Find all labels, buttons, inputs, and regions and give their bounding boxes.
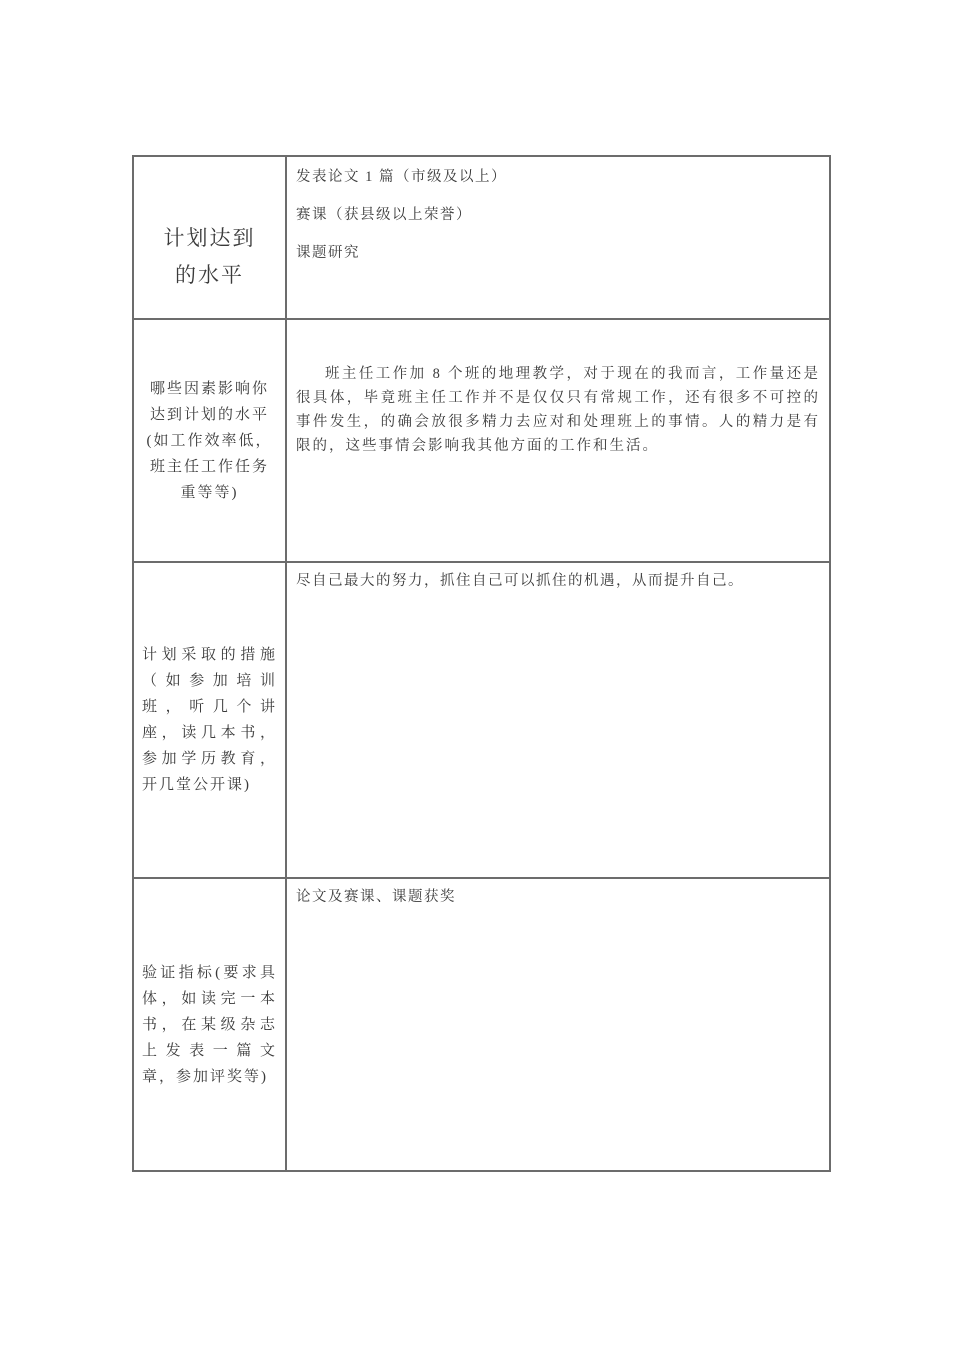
planned-level-line-1: 发表论文 1 篇（市级及以上）	[296, 165, 820, 189]
table-row-verification-indicators: 验证指标(要求具体，如读完一本书，在某级杂志上发表一篇文章，参加评奖等) 论文及…	[133, 878, 830, 1171]
table-row-planned-measures: 计划采取的措施（如参加培训班，听几个讲座，读几本书，参加学历教育，开几堂公开课)…	[133, 562, 830, 878]
cell-verification-indicators-content: 论文及赛课、课题获奖	[286, 878, 830, 1171]
table-row-influencing-factors: 哪些因素影响你达到计划的水平(如工作效率低，班主任工作任务重等等) 班主任工作加…	[133, 319, 830, 562]
cell-planned-measures-content: 尽自己最大的努力，抓住自己可以抓住的机遇，从而提升自己。	[286, 562, 830, 878]
planned-measures-paragraph: 尽自己最大的努力，抓住自己可以抓住的机遇，从而提升自己。	[296, 569, 820, 593]
label-verification-indicators: 验证指标(要求具体，如读完一本书，在某级杂志上发表一篇文章，参加评奖等)	[133, 878, 286, 1171]
planned-level-line-2: 赛课（获县级以上荣誉）	[296, 203, 820, 227]
label-planned-measures: 计划采取的措施（如参加培训班，听几个讲座，读几本书，参加学历教育，开几堂公开课)	[133, 562, 286, 878]
table-row-planned-level: 计划达到 的水平 发表论文 1 篇（市级及以上） 赛课（获县级以上荣誉） 课题研…	[133, 156, 830, 319]
document-page: 计划达到 的水平 发表论文 1 篇（市级及以上） 赛课（获县级以上荣誉） 课题研…	[0, 0, 960, 1357]
label-influencing-factors: 哪些因素影响你达到计划的水平(如工作效率低，班主任工作任务重等等)	[133, 319, 286, 562]
cell-planned-level-content: 发表论文 1 篇（市级及以上） 赛课（获县级以上荣誉） 课题研究	[286, 156, 830, 319]
cell-influencing-factors-content: 班主任工作加 8 个班的地理教学，对于现在的我而言，工作量还是很具体，毕竟班主任…	[286, 319, 830, 562]
label-planned-level: 计划达到 的水平	[133, 156, 286, 319]
planned-level-line-3: 课题研究	[296, 241, 820, 265]
influencing-factors-paragraph: 班主任工作加 8 个班的地理教学，对于现在的我而言，工作量还是很具体，毕竟班主任…	[296, 362, 820, 458]
verification-indicators-paragraph: 论文及赛课、课题获奖	[296, 885, 820, 909]
development-plan-table: 计划达到 的水平 发表论文 1 篇（市级及以上） 赛课（获县级以上荣誉） 课题研…	[132, 155, 831, 1172]
